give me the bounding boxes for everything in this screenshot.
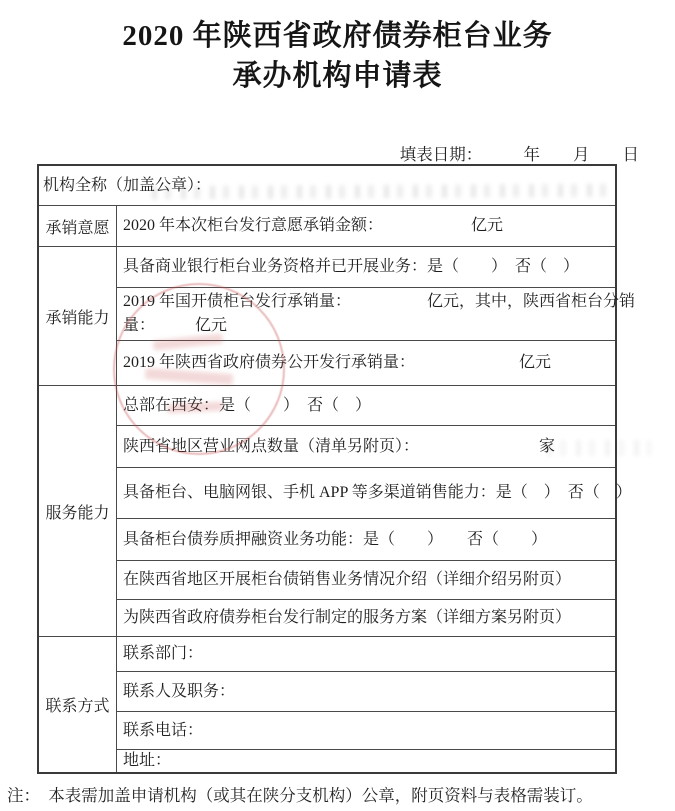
table-cell-multichannel-sales: 具备柜台、电脑网银、手机 APP 等多渠道销售能力：是（ ） 否（ ） [117, 468, 615, 519]
org-name-row: 机构全称（加盖公章）： [39, 166, 615, 206]
table-cell-contact-person: 联系人及职务： [117, 672, 615, 712]
form-title: 2020 年陕西省政府债券柜台业务 承办机构申请表 [0, 16, 675, 96]
section-contact-info: 联系方式 联系部门： 联系人及职务： 联系电话： 地址： [39, 637, 615, 772]
fill-date-line: 填表日期： 年 月 日 [400, 141, 639, 165]
section-underwriting-capacity: 承销能力 具备商业银行柜台业务资格并已开展业务：是（ ） 否（ ） 2019 年… [39, 247, 615, 386]
form-title-line1: 2020 年陕西省政府债券柜台业务 [0, 16, 675, 56]
form-title-line2: 承办机构申请表 [0, 56, 675, 96]
section-label-contact-info: 联系方式 [39, 637, 117, 772]
section-underwriting-willingness: 承销意愿 2020 年本次柜台发行意愿承销金额： 亿元 [39, 206, 615, 247]
table-cell-address: 地址： [117, 750, 615, 772]
scanned-application-form-page: 2020 年陕西省政府债券柜台业务 承办机构申请表 填表日期： 年 月 日 机构… [0, 0, 675, 811]
table-cell-bank-counter-qualified: 具备商业银行柜台业务资格并已开展业务：是（ ） 否（ ） [117, 247, 615, 288]
footnote: 注： 本表需加盖申请机构（或其在陕分支机构）公章，附页资料与表格需装订。 [7, 782, 593, 806]
table-cell-contact-department: 联系部门： [117, 637, 615, 672]
table-cell-shaanxi-bond-volume: 2019 年陕西省政府债券公开发行承销量： 亿元 [117, 341, 615, 385]
table-cell-pledge-financing: 具备柜台债券质押融资业务功能：是（ ） 否（ ） [117, 519, 615, 561]
section-label-underwriting-capacity: 承销能力 [39, 247, 117, 385]
table-cell-sales-introduction: 在陕西省地区开展柜台债销售业务情况介绍（详细介绍另附页） [117, 561, 615, 600]
section-label-underwriting-willingness: 承销意愿 [39, 206, 117, 246]
table-cell-branch-count: 陕西省地区营业网点数量（清单另附页）： 家 [117, 426, 615, 468]
section-service-capacity: 服务能力 总部在西安：是（ ） 否（ ） 陕西省地区营业网点数量（清单另附页）：… [39, 386, 615, 637]
section-label-service-capacity: 服务能力 [39, 386, 117, 636]
table-cell-service-plan: 为陕西省政府债券柜台发行制定的服务方案（详细方案另附页） [117, 600, 615, 636]
table-cell-contact-phone: 联系电话： [117, 712, 615, 750]
table-cell-willing-amount: 2020 年本次柜台发行意愿承销金额： 亿元 [117, 206, 615, 246]
table-cell-hq-in-xian: 总部在西安：是（ ） 否（ ） [117, 386, 615, 426]
application-table: 机构全称（加盖公章）： 承销意愿 2020 年本次柜台发行意愿承销金额： 亿元 … [37, 164, 617, 774]
table-cell-cdb-bond-volume: 2019 年国开债柜台发行承销量： 亿元，其中，陕西省柜台分销 量： 亿元 [117, 288, 615, 341]
